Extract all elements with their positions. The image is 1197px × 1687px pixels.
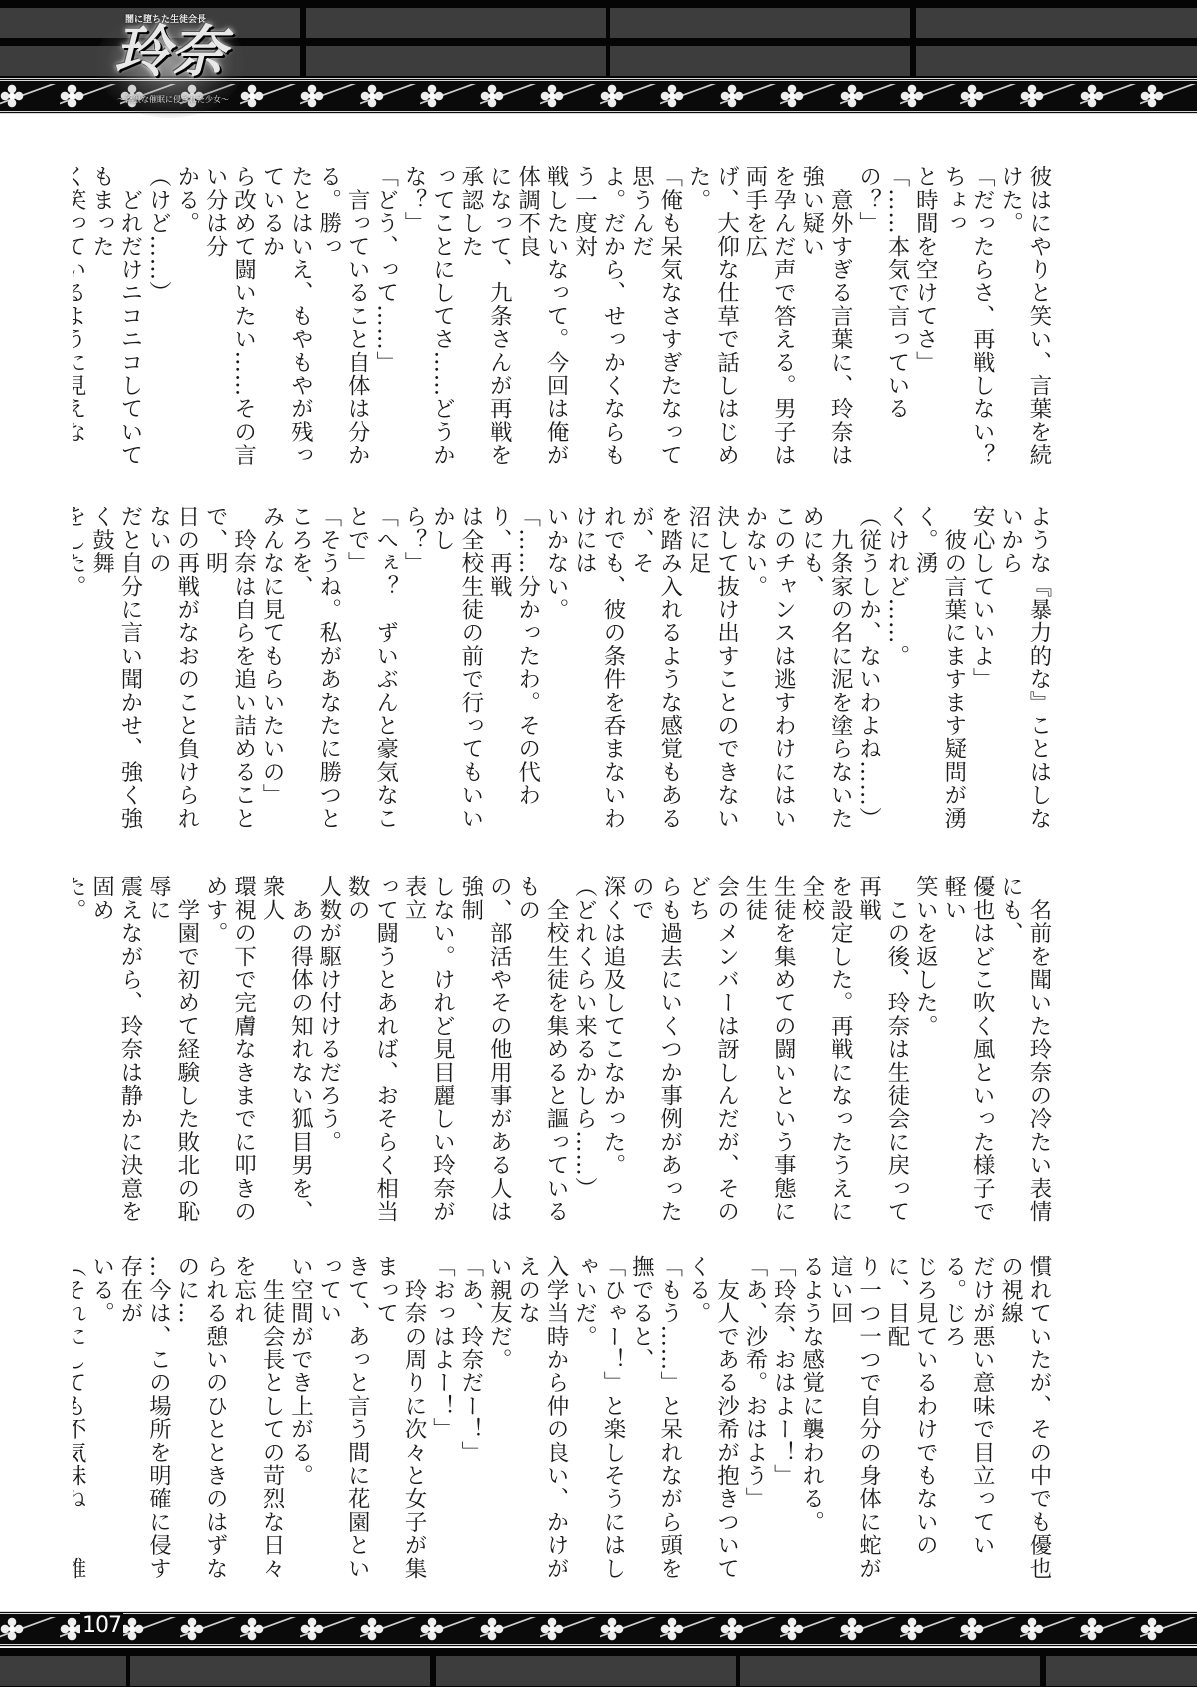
logo-subtitle: 〜淫猥な催眠に侵された少女〜 <box>103 94 243 105</box>
floral-vine-pattern <box>0 1617 1197 1641</box>
text-column: （けど……） <box>144 165 172 475</box>
text-column: く笑っているように見えない、狐のよ <box>73 165 87 475</box>
text-column: （従うしか、ないわよね……） <box>854 505 882 850</box>
text-column: じろ見ているわけでもないのに、目配 <box>883 1255 940 1595</box>
text-column: ような『暴力的な』ことはしないから <box>996 505 1053 850</box>
text-column: と時間を空けてさ」 <box>911 165 939 475</box>
text-column: ら改めて闘いたい……その言い分は分 <box>201 165 258 475</box>
text-column: 人数が駆け付けるだろう。 <box>314 875 342 1225</box>
text-column: 「あ、玲奈だー！」 <box>456 1255 484 1595</box>
text-column: 決して抜け出すことのできない沼に足 <box>684 505 741 850</box>
page-number: 107 <box>80 1612 123 1640</box>
text-column: を孕んだ声で答える。男子は両手を広 <box>741 165 798 475</box>
text-column: 優也はどこ吹く風といった様子で軽い <box>939 875 996 1225</box>
text-column: い空間ができ上がる。 <box>286 1255 314 1595</box>
text-column: になって、九条さんが再戦を承認した <box>456 165 513 475</box>
text-column: 彼の言葉にますます疑問が湧く。湧 <box>911 505 968 850</box>
text-column: みんなに見てもらいたいの」 <box>258 505 286 850</box>
text-column: げ、大仰な仕草で話しはじめた。 <box>684 165 741 475</box>
text-column: （それにしても不気味ね……誰かと話 <box>73 1255 87 1595</box>
text-tier-3: 名前を聞いた玲奈の冷たい表情にも、 優也はどこ吹く風といった様子で軽い 笑いを返… <box>73 875 1053 1225</box>
text-column: をした。 <box>73 505 87 850</box>
text-column: 彼はにやりと笑い、言葉を続けた。 <box>996 165 1053 475</box>
text-column: 名前を聞いた玲奈の冷たい表情にも、 <box>996 875 1053 1225</box>
text-tier-4: 慣れていたが、その中でも優也の視線 だけが悪い意味で目立っている。じろ じろ見て… <box>73 1255 1053 1595</box>
text-column: 生徒会長としての苛烈な日々を忘れ <box>229 1255 286 1595</box>
text-column: このチャンスは逃すわけにはいかない。 <box>741 505 798 850</box>
text-column: ってことにしてさ……どうかな？」 <box>400 165 457 475</box>
text-column: どれだけニコニコしていてもまった <box>87 165 144 475</box>
text-column: 玲奈は自らを追い詰めることで、明 <box>201 505 258 850</box>
text-column: きて、あっと言う間に花園といってい <box>314 1255 371 1595</box>
text-column: 「俺も呆気なさすぎたなって思うんだ <box>627 165 684 475</box>
text-column: らも過去にいくつか事例があったので <box>627 875 684 1225</box>
text-column: （どれくらい来るかしら……） <box>570 875 598 1225</box>
text-column: り一つ一つで自分の身体に蛇が這い回 <box>826 1255 883 1595</box>
series-logo: 闇に堕ちた生徒会長 玲奈 〜淫猥な催眠に侵された少女〜 <box>95 8 245 118</box>
text-column: よ。だから、せっかくならもう一度対 <box>570 165 627 475</box>
text-column: 笑いを返した。 <box>911 875 939 1225</box>
text-column: 戦したいなって。今回は俺が体調不良 <box>513 165 570 475</box>
text-column: い親友だ。 <box>485 1255 513 1595</box>
text-column: いかない。 <box>542 505 570 850</box>
text-column: いる。 <box>87 1255 115 1595</box>
text-column: 「おっはよー！」 <box>428 1255 456 1595</box>
text-column: 言っていること自体は分かる。勝っ <box>314 165 371 475</box>
text-column: 環視の下で完膚なきまでに叩きのめす。 <box>201 875 258 1225</box>
text-column: は全校生徒の前で行ってもいいかし <box>428 505 485 850</box>
text-column: 意外すぎる言葉に、玲奈は強い疑い <box>797 165 854 475</box>
text-column: 震えながら、玲奈は静かに決意を固め <box>87 875 144 1225</box>
text-column: れでも、彼の条件を呑まないわけには <box>570 505 627 850</box>
text-column: しない。けれど見目麗しい玲奈が表立 <box>400 875 457 1225</box>
text-column: 全校生徒を集めると謳っているもの <box>513 875 570 1225</box>
text-column: 入学当時から仲の良い、かけがえのな <box>513 1255 570 1595</box>
text-column: 「そうね。私があなたに勝つところを、 <box>286 505 343 850</box>
text-column: あの得体の知れない狐目男を、衆人 <box>258 875 315 1225</box>
text-column: 深くは追及してこなかった。 <box>599 875 627 1225</box>
text-tier-2: ような『暴力的な』ことはしないから 安心していいよ」 彼の言葉にますます疑問が湧… <box>73 505 1053 850</box>
text-column: だけが悪い意味で目立っている。じろ <box>939 1255 996 1595</box>
text-column: 「玲奈、おはよー！」 <box>769 1255 797 1595</box>
text-column: 日の再戦がなおのこと負けられないの <box>144 505 201 850</box>
text-column: 「へぇ？ ずいぶんと豪気なことで」 <box>343 505 400 850</box>
text-column: 「ひゃー！」と楽しそうにはしゃいだ。 <box>570 1255 627 1595</box>
text-column: 安心していいよ」 <box>968 505 996 850</box>
text-column: かる。 <box>172 165 200 475</box>
footer-ornament-border <box>0 1611 1197 1647</box>
text-column: 生徒を集めての闘いという事態に生徒 <box>741 875 798 1225</box>
text-tier-1: 彼はにやりと笑い、言葉を続けた。 「だったらさ、再戦しない？ ちょっ と時間を空… <box>73 165 1053 475</box>
text-column: 「……本気で言っているの？」 <box>854 165 911 475</box>
text-column: …今は、この場所を明確に侵す存在が <box>116 1255 173 1595</box>
text-column: 九条家の名に泥を塗らないためにも、 <box>797 505 854 850</box>
text-column: るような感覚に襲われる。 <box>797 1255 825 1595</box>
text-column: 「もう……」と呆れながら頭を撫でると、 <box>627 1255 684 1595</box>
text-column: くけれど……。 <box>883 505 911 850</box>
text-column: 「あ、沙希。おはよう」 <box>741 1255 769 1595</box>
text-column: 「……分かったわ。その代わり、再戦 <box>485 505 542 850</box>
text-column: って闘うとあれば、おそらく相当数の <box>343 875 400 1225</box>
text-column: を踏み入れるような感覚もあるが、そ <box>627 505 684 850</box>
text-column: ら？」 <box>400 505 428 850</box>
text-column: 「だったらさ、再戦しない？ ちょっ <box>939 165 996 475</box>
text-column: の、部活やその他用事がある人は強制 <box>456 875 513 1225</box>
text-column: を設定した。再戦になったうえに全校 <box>797 875 854 1225</box>
logo-title: 玲奈 <box>95 22 245 82</box>
text-column: 会のメンバーは訝しんだが、そのどち <box>684 875 741 1225</box>
text-column: 「どう、って……」 <box>371 165 399 475</box>
text-column: 学園で初めて経験した敗北の恥辱に <box>144 875 201 1225</box>
footer-brick-banner <box>0 1648 1197 1687</box>
text-column: この後、玲奈は生徒会に戻って再戦 <box>854 875 911 1225</box>
text-column: たとはいえ、もやもやが残っているか <box>258 165 315 475</box>
text-column: 玲奈の周りに次々と女子が集まって <box>371 1255 428 1595</box>
text-column: た。 <box>73 875 87 1225</box>
text-column: だと自分に言い聞かせ、強く強く鼓舞 <box>87 505 144 850</box>
text-column: られる憩いのひとときのはずなのに… <box>172 1255 229 1595</box>
text-column: 友人である沙希が抱きついてくる。 <box>684 1255 741 1595</box>
text-column: 慣れていたが、その中でも優也の視線 <box>996 1255 1053 1595</box>
